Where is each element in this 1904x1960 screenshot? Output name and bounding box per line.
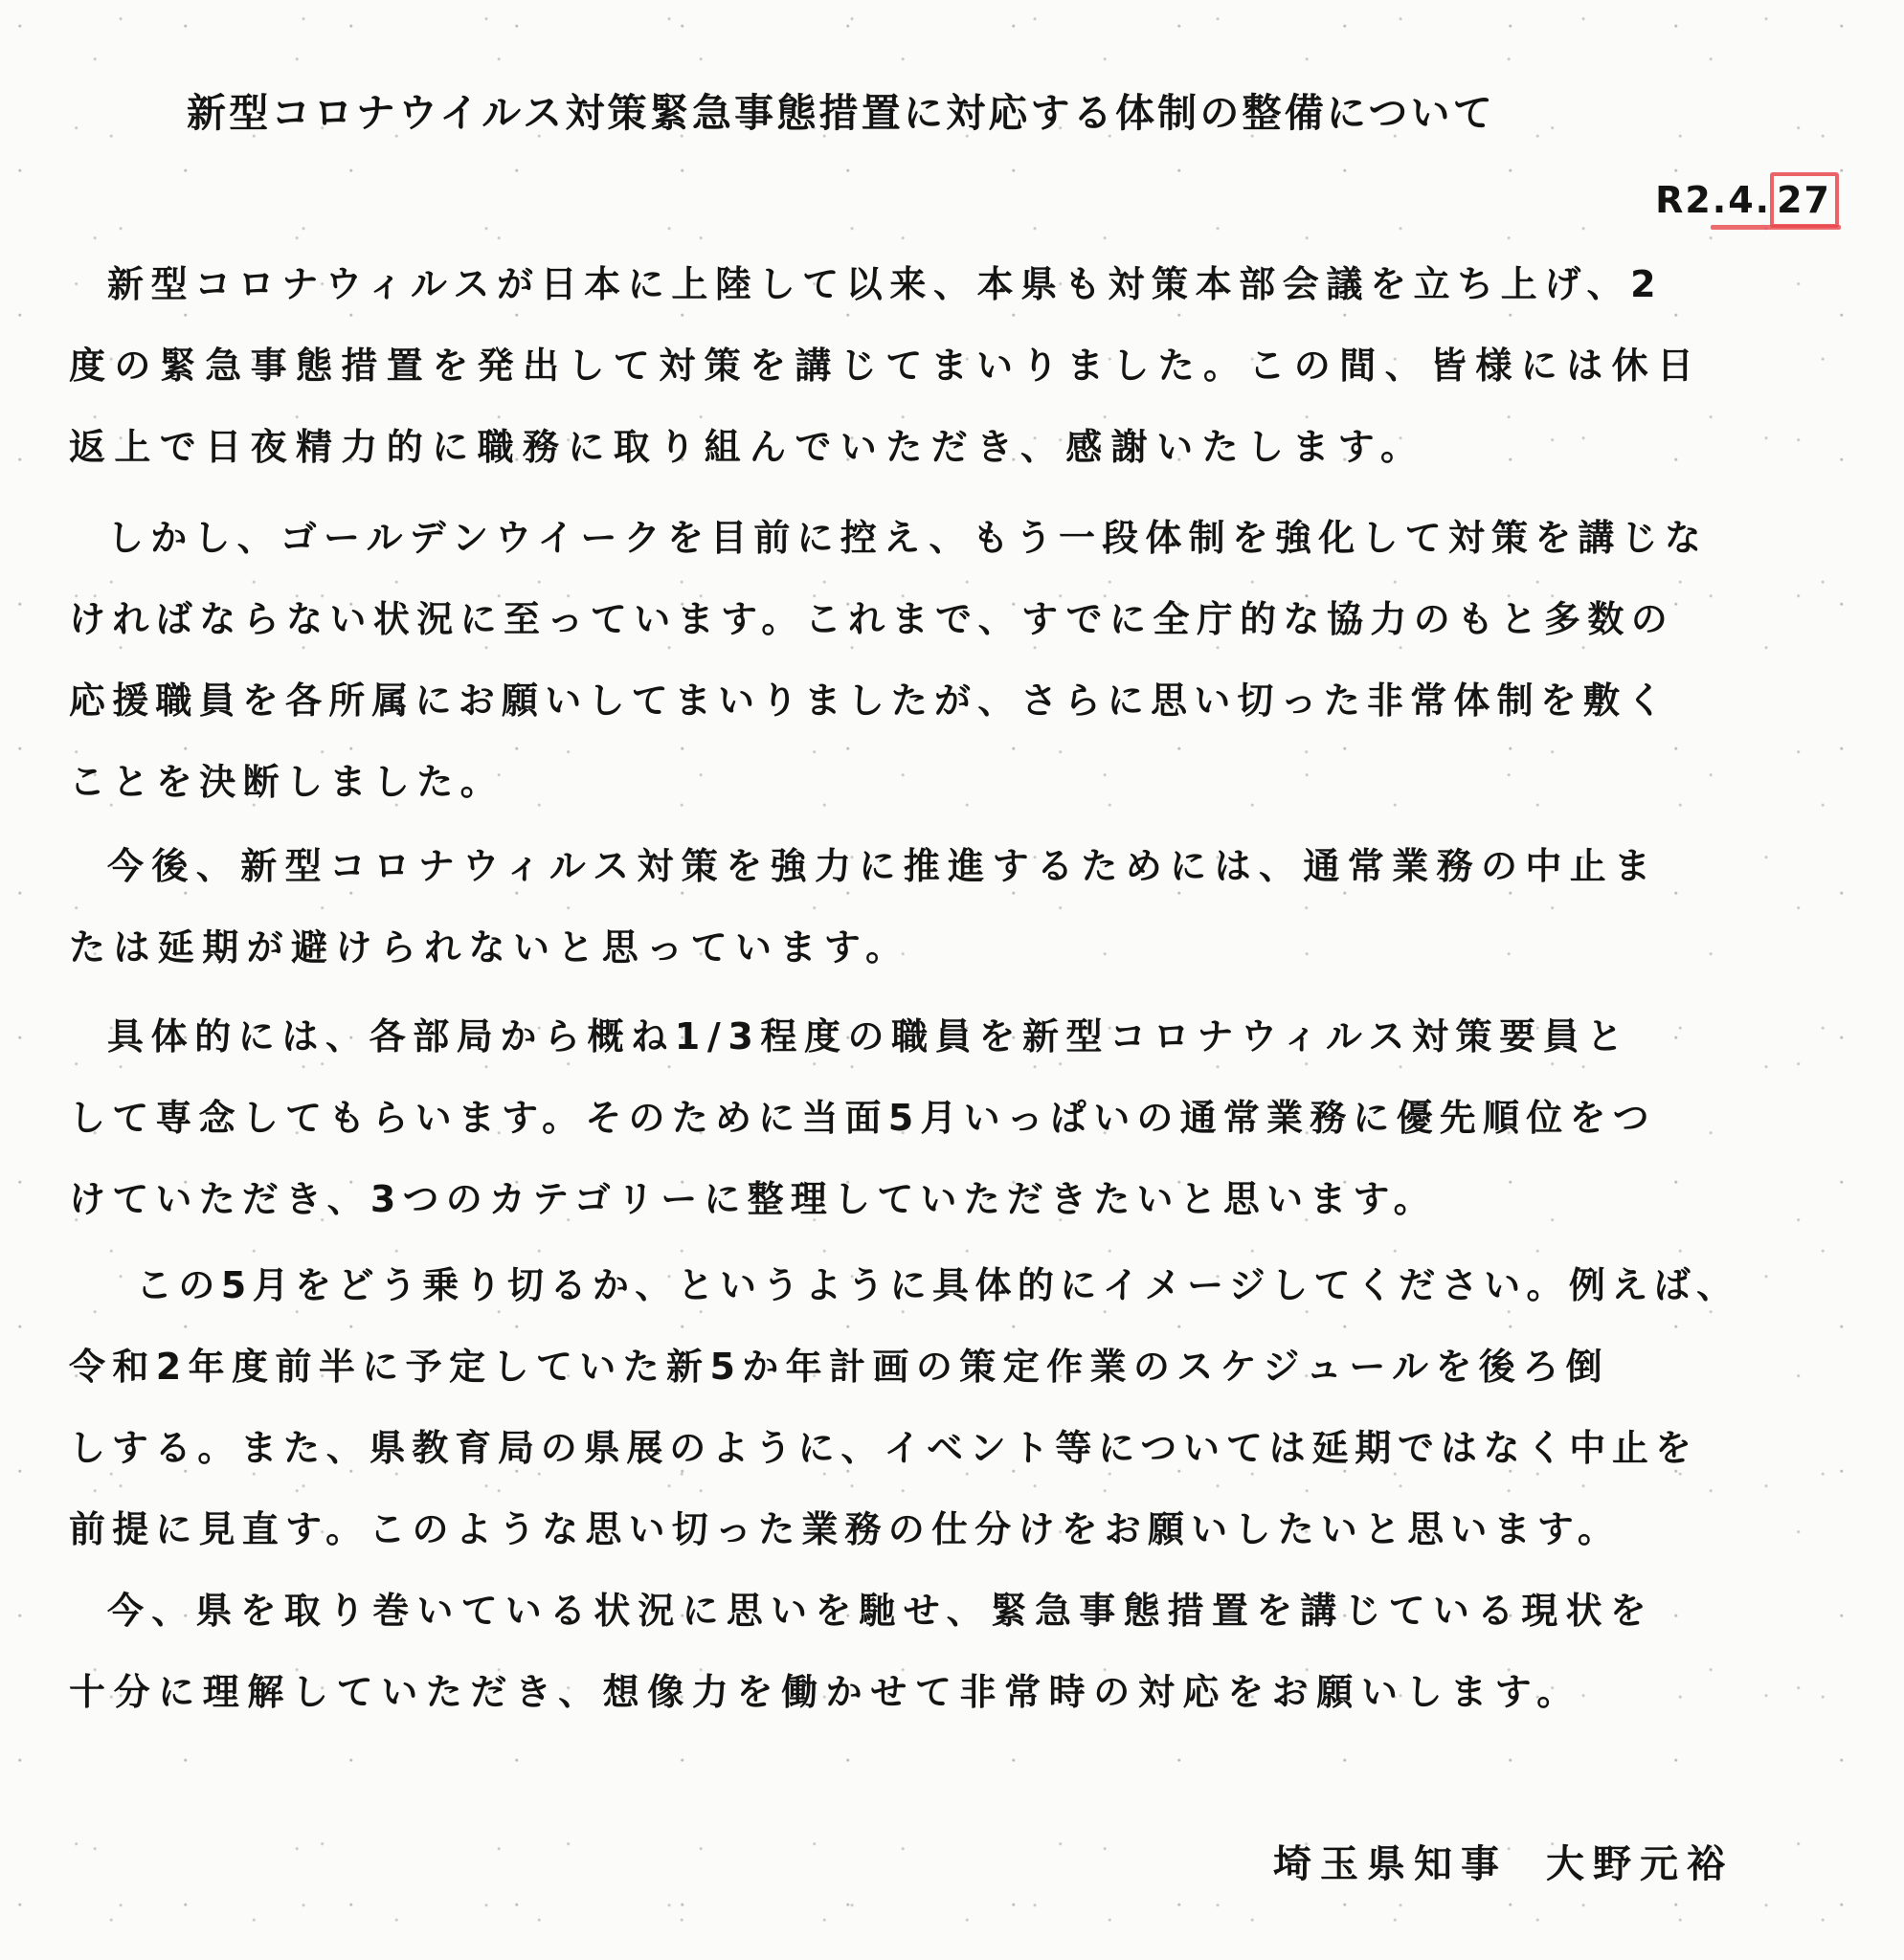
signature-office: 埼玉県知事	[1273, 1842, 1508, 1886]
body-line: けていただき、3つのカテゴリーに整理していただきたいと思います。	[69, 1175, 1437, 1223]
body-line: しかし、ゴールデンウイークを目前に控え、もう一段体制を強化して対策を講じな	[107, 514, 1708, 562]
signature: 埼玉県知事大野元裕	[1273, 1839, 1734, 1889]
date-prefix: R2.4.	[1655, 179, 1771, 221]
body-line: たは延期が避けられないと思っています。	[69, 924, 910, 971]
body-line: 前提に見直す。このような思い切った業務の仕分けをお願いしたいと思います。	[69, 1505, 1621, 1553]
date-red-underline-mark	[1711, 225, 1841, 230]
body-line: しする。また、県教育局の県展のように、イベント等については延期ではなく中止を	[69, 1424, 1698, 1472]
body-line: 令和2年度前半に予定していた新5か年計画の策定作業のスケジュールを後ろ倒	[69, 1343, 1609, 1391]
body-line: ことを決断しました。	[69, 758, 504, 806]
signature-name: 大野元裕	[1546, 1842, 1734, 1886]
date-day-highlighted: 27	[1773, 178, 1835, 222]
body-line: 応援職員を各所属にお願いしてまいりましたが、さらに思い切った非常体制を敷く	[69, 677, 1669, 724]
body-line: 新型コロナウィルスが日本に上陸して以来、本県も対策本部会議を立ち上げ、2	[107, 260, 1663, 308]
body-line: して専念してもらいます。そのために当面5月いっぱいの通常業務に優先順位をつ	[69, 1094, 1656, 1142]
body-line: 具体的には、各部局から概ね1/3程度の職員を新型コロナウィルス対策要員と	[107, 1013, 1630, 1060]
document-date: R2.4.27	[1655, 178, 1835, 222]
body-line: 度の緊急事態措置を発出して対策を講じてまいりました。この間、皆様には休日	[69, 342, 1702, 390]
body-line: この5月をどう乗り切るか、というように具体的にイメージしてください。例えば、	[136, 1261, 1739, 1309]
body-line: 返上で日夜精力的に職務に取り組んでいただき、感謝いたします。	[69, 423, 1425, 471]
body-line: 今、県を取り巻いている状況に思いを馳せ、緊急事態措置を講じている現状を	[107, 1587, 1654, 1635]
body-line: 十分に理解していただき、想像力を働かせて非常時の対応をお願いします。	[69, 1668, 1581, 1716]
body-line: ければならない状況に至っています。これまで、すでに全庁的な協力のもと多数の	[69, 595, 1674, 643]
document-title: 新型コロナウイルス対策緊急事態措置に対応する体制の整備について	[187, 88, 1737, 138]
body-line: 今後、新型コロナウィルス対策を強力に推進するためには、通常業務の中止ま	[107, 842, 1659, 890]
